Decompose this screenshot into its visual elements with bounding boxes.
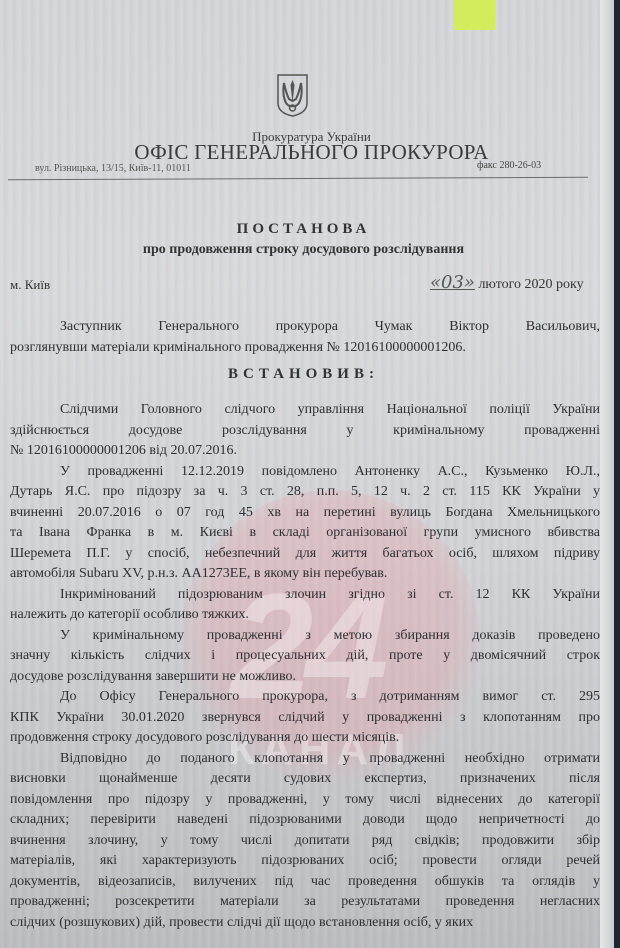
body-line: У провадженні 12.12.2019 повідомлено Ант… <box>10 462 600 483</box>
body-line: Шеремета П.Г. у спосіб, небезпечний для … <box>10 544 600 565</box>
body-line: вчинення злочину, у тому числі допитати … <box>10 831 600 852</box>
body-line: Інкримінований підозрюваним злочин згідн… <box>10 585 600 606</box>
body-line: продовження строку досудового розслідува… <box>10 728 600 749</box>
header-divider <box>8 177 588 181</box>
body-line: матеріалів, які характеризують підозрюва… <box>10 851 600 872</box>
body-line: автомобіля Subaru XV, р.н.з. АА1273ЕЕ, в… <box>10 564 600 585</box>
body-paragraphs: Слідчими Головного слідчого управління Н… <box>10 400 600 933</box>
page-edge <box>600 0 614 948</box>
body-line: провадженні; розсекретити матеріали за р… <box>10 892 600 913</box>
body-line: значну кількість слідчих і процесуальних… <box>10 646 600 667</box>
body-line: повідомлення про підозру у провадженні, … <box>10 790 600 811</box>
intro-line: розглянувши матеріали кримінального пров… <box>10 338 600 359</box>
document-subtitle: про продовження строку досудового розслі… <box>0 242 607 258</box>
body-line: здійснюється досудове розслідування у кр… <box>10 421 600 442</box>
body-line: вчиненні 20.07.2016 о 07 год 45 хв на пе… <box>10 503 600 524</box>
sticky-note <box>453 0 495 30</box>
date-day: «03» <box>430 272 475 293</box>
body-line: Відповідно до поданого клопотання у пров… <box>10 749 600 770</box>
body-line: та Івана Франка в м. Києві в складі орга… <box>10 523 600 544</box>
body-line: документів, відеозаписів, вилучених під … <box>10 872 600 893</box>
body-line: слідчих (розшукових) дій, провести слідч… <box>10 913 600 934</box>
document-title: ПОСТАНОВА <box>0 221 607 238</box>
body-line: досудове розслідування завершити не можл… <box>10 667 600 688</box>
body-line: У кримінальному провадженні з метою збир… <box>10 626 600 647</box>
date-month-year: лютого 2020 року <box>475 277 584 292</box>
body-line: належить до категорії особливо тяжких. <box>10 605 600 626</box>
city: м. Київ <box>10 277 50 293</box>
trident-coat-of-arms-icon <box>276 73 309 117</box>
body-line: До Офісу Генерального прокурора, з дотри… <box>10 687 600 708</box>
body-line: № 12016100000001206 від 20.07.2016. <box>10 441 600 462</box>
body-line: складних; перевірити наведені підозрюван… <box>10 810 600 831</box>
document-page: 24 КАНАЛ Прокуратура України ОФІС ГЕНЕРА… <box>0 0 607 948</box>
body-line: висновки щонайменше десяти судових експе… <box>10 769 600 790</box>
address: вул. Різницька, 13/15, Київ-11, 01011 <box>35 163 191 174</box>
body-line: Слідчими Головного слідчого управління Н… <box>10 400 600 421</box>
intro-line: Заступник Генерального прокурора Чумак В… <box>10 317 600 338</box>
fax-number: факс 280-26-03 <box>477 160 541 171</box>
body-line: КПК України 30.01.2020 звернувся слідчий… <box>10 708 600 729</box>
body-line: Дутарь Я.С. про підозру за ч. 3 ст. 28, … <box>10 482 600 503</box>
section-heading: ВСТАНОВИВ: <box>0 366 607 383</box>
intro-paragraph: Заступник Генерального прокурора Чумак В… <box>10 317 600 358</box>
document-date: «03» лютого 2020 року <box>430 272 584 293</box>
